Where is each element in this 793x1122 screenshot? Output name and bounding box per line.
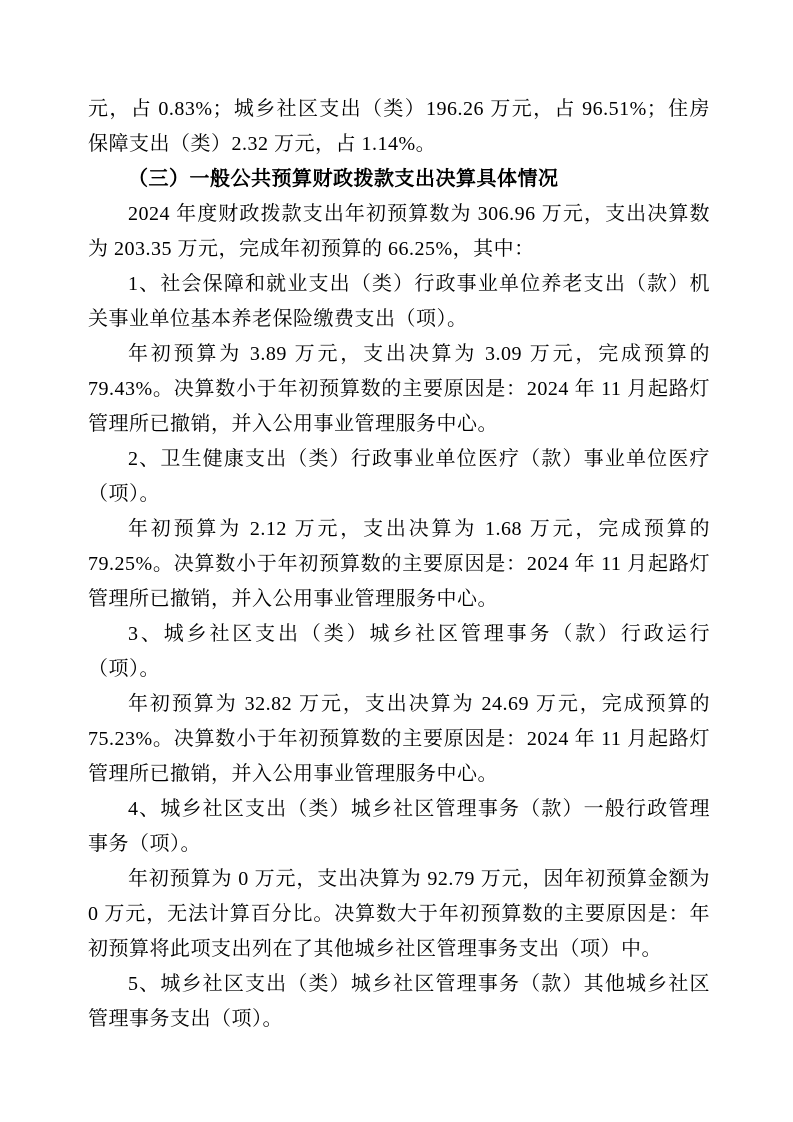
paragraph: 2、卫生健康支出（类）行政事业单位医疗（款）事业单位医疗（项）。 <box>88 442 710 512</box>
section-heading: （三）一般公共预算财政拨款支出决算具体情况 <box>88 162 710 197</box>
paragraph: 3、城乡社区支出（类）城乡社区管理事务（款）行政运行（项）。 <box>88 617 710 687</box>
paragraph: 年初预算为 32.82 万元，支出决算为 24.69 万元，完成预算的 75.2… <box>88 687 710 792</box>
paragraph: 4、城乡社区支出（类）城乡社区管理事务（款）一般行政管理事务（项）。 <box>88 792 710 862</box>
paragraph: 年初预算为 2.12 万元，支出决算为 1.68 万元，完成预算的 79.25%… <box>88 512 710 617</box>
paragraph: 年初预算为 0 万元，支出决算为 92.79 万元，因年初预算金额为 0 万元，… <box>88 862 710 967</box>
paragraph: 年初预算为 3.89 万元，支出决算为 3.09 万元，完成预算的 79.43%… <box>88 337 710 442</box>
document-page: 元，占 0.83%；城乡社区支出（类）196.26 万元，占 96.51%；住房… <box>0 0 793 1122</box>
document-content: 元，占 0.83%；城乡社区支出（类）196.26 万元，占 96.51%；住房… <box>88 92 710 1037</box>
paragraph: 2024 年度财政拨款支出年初预算数为 306.96 万元，支出决算数为 203… <box>88 197 710 267</box>
paragraph: 5、城乡社区支出（类）城乡社区管理事务（款）其他城乡社区管理事务支出（项）。 <box>88 967 710 1037</box>
paragraph: 1、社会保障和就业支出（类）行政事业单位养老支出（款）机关事业单位基本养老保险缴… <box>88 267 710 337</box>
paragraph: 元，占 0.83%；城乡社区支出（类）196.26 万元，占 96.51%；住房… <box>88 92 710 162</box>
